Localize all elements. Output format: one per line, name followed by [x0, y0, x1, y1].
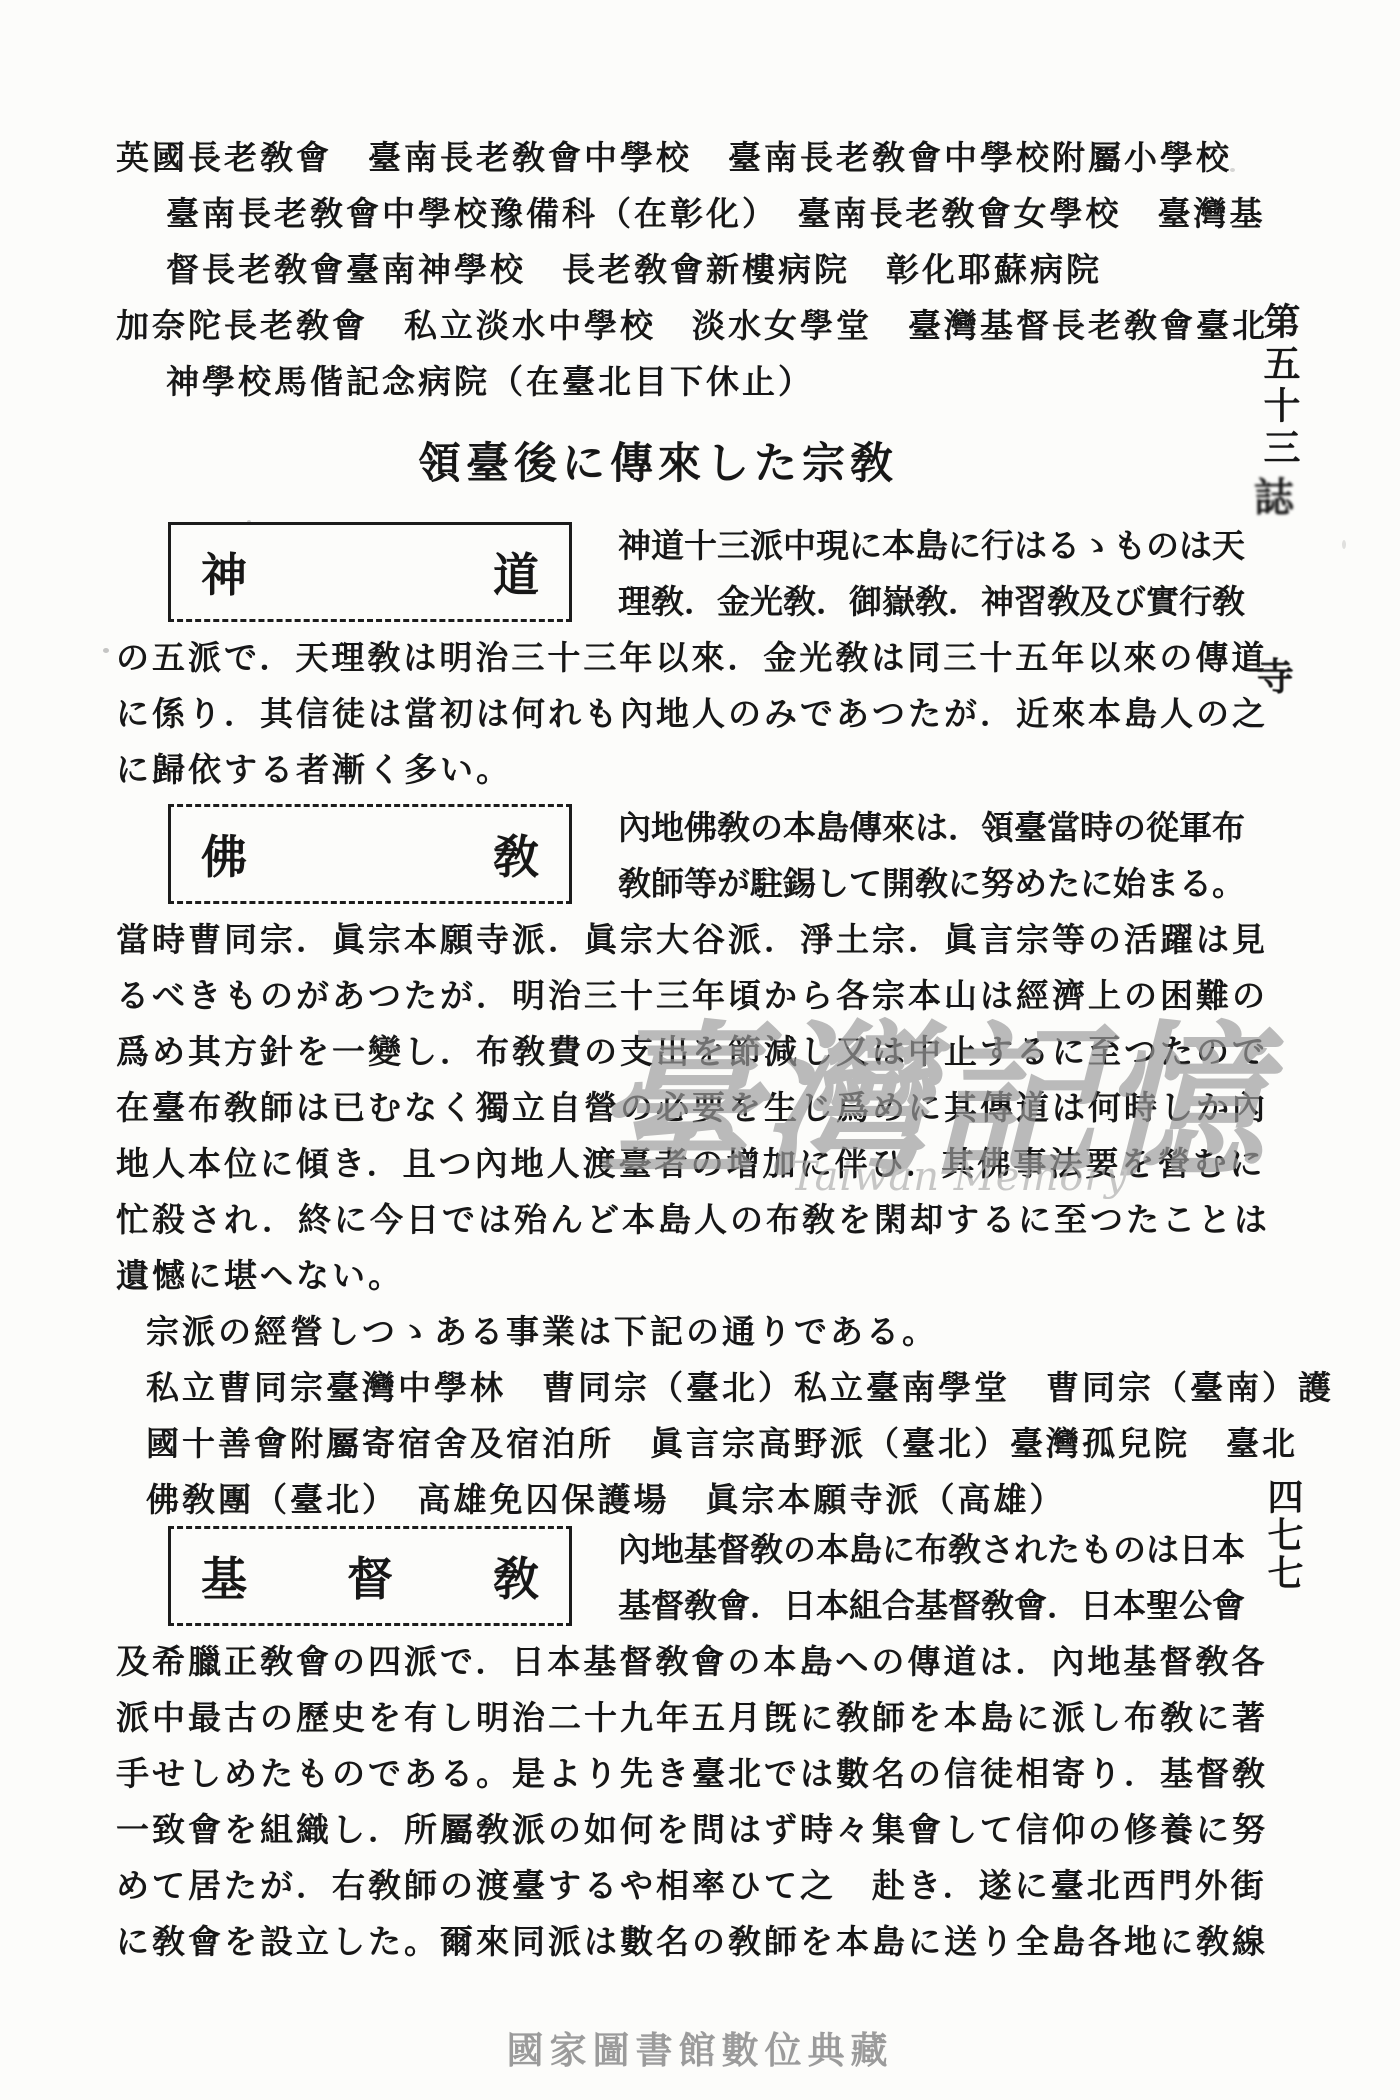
text-line: 內地佛敎の本島傳來は．領臺當時の從軍布: [618, 800, 1250, 856]
bukkyo-label-box: 佛 敎: [168, 804, 572, 904]
text-line: 私立曹同宗臺灣中學林 曹同宗（臺北）私立臺南學堂 曹同宗（臺南）護: [116, 1360, 1250, 1416]
text-line: の五派で．天理敎は明治三十三年以來．金光敎は同三十五年以來の傳道: [116, 630, 1250, 686]
text-line: めて居たが．右敎師の渡臺するや相率ひて之 赴き．遂に臺北西門外街: [116, 1858, 1250, 1914]
text-line: 督長老敎會臺南神學校 長老敎會新樓病院 彰化耶蘇病院: [116, 242, 1268, 298]
text-line: 英國長老敎會 臺南長老敎會中學校 臺南長老敎會中學校附屬小學校: [116, 130, 1268, 186]
text-line: 神道十三派中現に本島に行はるゝものは天: [618, 518, 1250, 574]
text-line: 爲め其方針を一變し．布敎費の支出を節減し又は中止するに至つたので: [116, 1024, 1250, 1080]
text-line: 神學校馬偕記念病院（在臺北目下休止）: [116, 354, 1268, 410]
text-line: 派中最古の歷史を有し明治二十九年五月旣に敎師を本島に派し布敎に著: [116, 1690, 1250, 1746]
text-line: 加奈陀長老敎會 私立淡水中學校 淡水女學堂 臺灣基督長老敎會臺北: [116, 298, 1268, 354]
text-line: 忙殺され．終に今日では殆んど本島人の布敎を閑却するに至つたことは: [116, 1192, 1250, 1248]
text-line: るべきものがあつたが．明治三十三年頃から各宗本山は經濟上の困難の: [116, 968, 1250, 1024]
text-line: に敎會を設立した。爾來同派は數名の敎師を本島に送り全島各地に敎線: [116, 1914, 1250, 1970]
box-char: 佛: [201, 821, 247, 887]
box-char: 督: [347, 1543, 393, 1609]
library-footer: 國家圖書館數位典藏: [0, 2020, 1400, 2074]
margin-glyph: 寺: [1256, 646, 1294, 701]
margin-chapter-tab: 第五十三: [1252, 302, 1306, 470]
page-title: 領臺後に傳來した宗敎: [418, 430, 898, 491]
scanned-document-page: 英國長老敎會 臺南長老敎會中學校 臺南長老敎會中學校附屬小學校 臺南長老敎會中學…: [0, 0, 1400, 2100]
box-char: 敎: [493, 1543, 539, 1609]
box-char: 基: [201, 1543, 247, 1609]
text-line: 國十善會附屬寄宿舍及宿泊所 眞言宗高野派（臺北）臺灣孤兒院 臺北: [116, 1416, 1250, 1472]
text-line: 佛敎團（臺北） 高雄免囚保護場 眞宗本願寺派（高雄）: [116, 1472, 1250, 1528]
scan-speck: [1342, 540, 1346, 549]
text-line: に歸依する者漸く多い。: [116, 742, 1250, 798]
text-line: 地人本位に傾き．且つ內地人渡臺者の增加に伴ひ．其佛事法要を營むに: [116, 1136, 1250, 1192]
shinto-label-box: 神 道: [168, 522, 572, 622]
box-char: 神: [201, 539, 247, 605]
text-line: 理敎．金光敎．御嶽敎．神習敎及び實行敎: [618, 574, 1250, 630]
section-shinto: 神 道 神道十三派中現に本島に行はるゝものは天 理敎．金光敎．御嶽敎．神習敎及び…: [116, 518, 1250, 798]
text-line: 基督敎會．日本組合基督敎會．日本聖公會: [618, 1578, 1250, 1634]
text-line: 及希臘正敎會の四派で．日本基督敎會の本島への傳道は．內地基督敎各: [116, 1634, 1250, 1690]
text-line: 在臺布敎師は已むなく獨立自營の必要を生じ爲めに其傳道は何時しか內: [116, 1080, 1250, 1136]
text-line: 臺南長老敎會中學校豫備科（在彰化） 臺南長老敎會女學校 臺灣基: [116, 186, 1268, 242]
text-line: 敎師等が駐錫して開敎に努めたに始まる。: [618, 856, 1250, 912]
text-line: 內地基督敎の本島に布敎されたものは日本: [618, 1522, 1250, 1578]
text-line: に係り．其信徒は當初は何れも內地人のみであつたが．近來本島人の之: [116, 686, 1250, 742]
scan-speck: [103, 648, 109, 653]
section-bukkyo: 佛 敎 內地佛敎の本島傳來は．領臺當時の從軍布 敎師等が駐錫して開敎に努めたに始…: [116, 800, 1250, 1528]
box-char: 敎: [493, 821, 539, 887]
mission-list: 英國長老敎會 臺南長老敎會中學校 臺南長老敎會中學校附屬小學校 臺南長老敎會中學…: [116, 130, 1268, 410]
page-number: 四七七: [1258, 1478, 1309, 1592]
text-line: 手せしめたものである。是より先き臺北では數名の信徒相寄り．基督敎: [116, 1746, 1250, 1802]
text-line: 一致會を組織し．所屬敎派の如何を問はず時々集會して信仰の修養に努: [116, 1802, 1250, 1858]
box-char: 道: [493, 539, 539, 605]
text-line: 遺憾に堪へない。: [116, 1248, 1250, 1304]
kirisuto-label-box: 基 督 敎: [168, 1526, 572, 1626]
section-kirisuto: 基 督 敎 內地基督敎の本島に布敎されたものは日本 基督敎會．日本組合基督敎會．…: [116, 1522, 1250, 1970]
text-line: 宗派の經營しつゝある事業は下記の通りである。: [116, 1304, 1250, 1360]
text-line: 當時曹同宗．眞宗本願寺派．眞宗大谷派．淨土宗．眞言宗等の活躍は見: [116, 912, 1250, 968]
margin-glyph: 誌: [1254, 466, 1294, 523]
